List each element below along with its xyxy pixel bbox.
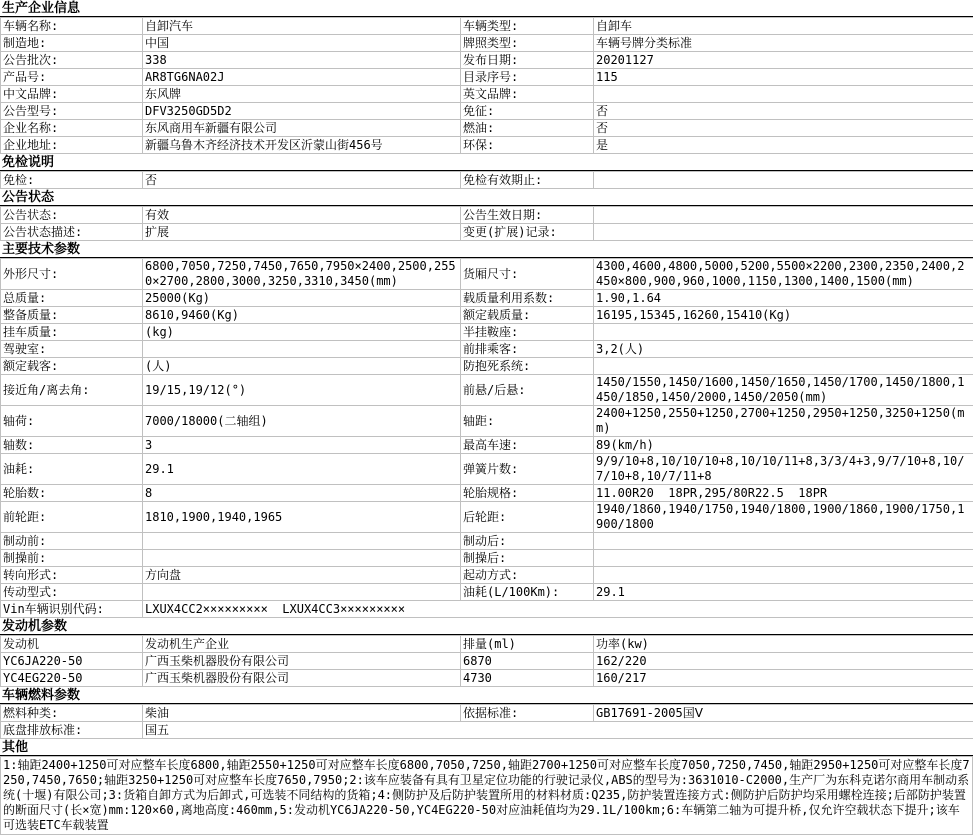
field-value (594, 324, 973, 341)
table-row: 前轮距:1810,1900,1940,1965后轮距:1940/1860,194… (1, 502, 973, 533)
field-label: 免征: (461, 103, 594, 120)
table-row: 公告状态描述:扩展变更(扩展)记录: (1, 224, 973, 241)
field-label: 轴距: (461, 406, 594, 437)
table-row: 公告批次:338发布日期:20201127 (1, 52, 973, 69)
field-label: 总质量: (1, 290, 143, 307)
field-value: 25000(Kg) (143, 290, 461, 307)
field-value: 7000/18000(二轴组) (143, 406, 461, 437)
field-label: 半挂鞍座: (461, 324, 594, 341)
field-value (143, 341, 461, 358)
table-row: 公告型号:DFV3250GD5D2免征:否 (1, 103, 973, 120)
field-label: 轴数: (1, 437, 143, 454)
field-value: 6870 (461, 653, 594, 670)
field-label: 载质量利用系数: (461, 290, 594, 307)
field-value: 新疆乌鲁木齐经济技术开发区沂蒙山街456号 (143, 137, 461, 154)
field-value: 19/15,19/12(°) (143, 375, 461, 406)
section-table: 车辆名称:自卸汽车车辆类型:自卸车制造地:中国牌照类型:车辆号牌分类标准公告批次… (0, 17, 973, 154)
field-value: 1940/1860,1940/1750,1940/1800,1900/1860,… (594, 502, 973, 533)
table-row: 底盘排放标准:国五 (1, 722, 973, 739)
field-value: 中国 (143, 35, 461, 52)
field-value: 扩展 (143, 224, 461, 241)
field-value: 1450/1550,1450/1600,1450/1650,1450/1700,… (594, 375, 973, 406)
field-value: 6800,7050,7250,7450,7650,7950×2400,2500,… (143, 259, 461, 290)
section-header: 车辆燃料参数 (0, 687, 973, 704)
field-label: 防抱死系统: (461, 358, 594, 375)
field-label: 后轮距: (461, 502, 594, 533)
table-row: 整备质量:8610,9460(Kg)额定载质量:16195,15345,1626… (1, 307, 973, 324)
field-label: 制动前: (1, 533, 143, 550)
table-row: 油耗:29.1弹簧片数:9/9/10+8,10/10/10+8,10/10/11… (1, 454, 973, 485)
field-label: 额定载客: (1, 358, 143, 375)
field-label: 车辆名称: (1, 18, 143, 35)
table-row: 转向形式:方向盘起动方式: (1, 567, 973, 584)
field-value: 是 (594, 137, 973, 154)
column-header: 发动机 (1, 636, 143, 653)
field-label: 企业名称: (1, 120, 143, 137)
field-value: 29.1 (143, 454, 461, 485)
table-row: 轴数:3最高车速:89(km/h) (1, 437, 973, 454)
field-value: 338 (143, 52, 461, 69)
field-value: 115 (594, 69, 973, 86)
field-value: GB17691-2005国Ⅴ (594, 705, 973, 722)
table-row: 企业地址:新疆乌鲁木齐经济技术开发区沂蒙山街456号环保:是 (1, 137, 973, 154)
field-label: 牌照类型: (461, 35, 594, 52)
field-label: 制操后: (461, 550, 594, 567)
section-table: 发动机发动机生产企业排量(ml)功率(kw)YC6JA220-50广西玉柴机器股… (0, 635, 973, 687)
field-label: 燃油: (461, 120, 594, 137)
table-row: YC6JA220-50广西玉柴机器股份有限公司6870162/220 (1, 653, 973, 670)
field-label: 轴荷: (1, 406, 143, 437)
field-value: 东风牌 (143, 86, 461, 103)
field-label: 企业地址: (1, 137, 143, 154)
field-value (143, 550, 461, 567)
field-label: 免检有效期止: (461, 172, 594, 189)
field-label: 制造地: (1, 35, 143, 52)
field-label: 公告型号: (1, 103, 143, 120)
table-row: 传动型式:油耗(L/100Km):29.1 (1, 584, 973, 601)
table-row: Vin车辆识别代码:LXUX4CC2××××××××× LXUX4CC3××××… (1, 601, 973, 618)
field-value (594, 172, 973, 189)
field-label: 车辆类型: (461, 18, 594, 35)
field-value: 162/220 (594, 653, 973, 670)
table-row: 产品号:AR8TG6NA02J目录序号:115 (1, 69, 973, 86)
section-header: 主要技术参数 (0, 241, 973, 258)
field-value (143, 533, 461, 550)
field-value (594, 207, 973, 224)
field-value: DFV3250GD5D2 (143, 103, 461, 120)
field-label: 传动型式: (1, 584, 143, 601)
field-label: 起动方式: (461, 567, 594, 584)
table-row: 免检:否免检有效期止: (1, 172, 973, 189)
table-row: 企业名称:东风商用车新疆有限公司燃油:否 (1, 120, 973, 137)
field-label: 转向形式: (1, 567, 143, 584)
field-label: 前排乘客: (461, 341, 594, 358)
field-label: 货厢尺寸: (461, 259, 594, 290)
field-label: 制操前: (1, 550, 143, 567)
table-row: 制操前:制操后: (1, 550, 973, 567)
field-value: 有效 (143, 207, 461, 224)
field-label: 燃料种类: (1, 705, 143, 722)
field-label: 公告状态描述: (1, 224, 143, 241)
field-value: 8 (143, 485, 461, 502)
field-value: YC6JA220-50 (1, 653, 143, 670)
field-value: 否 (594, 103, 973, 120)
field-label: 目录序号: (461, 69, 594, 86)
field-label: 最高车速: (461, 437, 594, 454)
field-label: 免检: (1, 172, 143, 189)
field-value: 国五 (143, 722, 973, 739)
section-table: 外形尺寸:6800,7050,7250,7450,7650,7950×2400,… (0, 258, 973, 618)
field-label: 油耗(L/100Km): (461, 584, 594, 601)
field-label: 公告状态: (1, 207, 143, 224)
field-value: 广西玉柴机器股份有限公司 (143, 653, 461, 670)
field-label: 挂车质量: (1, 324, 143, 341)
field-label: 公告批次: (1, 52, 143, 69)
table-row: 外形尺寸:6800,7050,7250,7450,7650,7950×2400,… (1, 259, 973, 290)
field-value: (kg) (143, 324, 461, 341)
column-header: 排量(ml) (461, 636, 594, 653)
table-row: 制造地:中国牌照类型:车辆号牌分类标准 (1, 35, 973, 52)
table-row: 中文品牌:东风牌英文品牌: (1, 86, 973, 103)
field-label: 轮胎数: (1, 485, 143, 502)
field-label: 前悬/后悬: (461, 375, 594, 406)
field-label: 发布日期: (461, 52, 594, 69)
field-value (594, 358, 973, 375)
table-row: 燃料种类:柴油依据标准:GB17691-2005国Ⅴ (1, 705, 973, 722)
field-label: Vin车辆识别代码: (1, 601, 143, 618)
field-label: 底盘排放标准: (1, 722, 143, 739)
field-value (594, 550, 973, 567)
table-row: 发动机发动机生产企业排量(ml)功率(kw) (1, 636, 973, 653)
table-row: 总质量:25000(Kg)载质量利用系数:1.90,1.64 (1, 290, 973, 307)
table-row: 额定载客:(人)防抱死系统: (1, 358, 973, 375)
field-value: 否 (143, 172, 461, 189)
column-header: 发动机生产企业 (143, 636, 461, 653)
table-row: 轮胎数:8轮胎规格:11.00R20 18PR,295/80R22.5 18PR (1, 485, 973, 502)
field-label: 制动后: (461, 533, 594, 550)
field-value: AR8TG6NA02J (143, 69, 461, 86)
field-value (143, 584, 461, 601)
section-table: 免检:否免检有效期止: (0, 171, 973, 189)
field-label: 油耗: (1, 454, 143, 485)
field-value: 3,2(人) (594, 341, 973, 358)
section-header: 公告状态 (0, 189, 973, 206)
table-row: 挂车质量:(kg)半挂鞍座: (1, 324, 973, 341)
field-value (594, 86, 973, 103)
table-row: 轴荷:7000/18000(二轴组)轴距:2400+1250,2550+1250… (1, 406, 973, 437)
field-value: 3 (143, 437, 461, 454)
field-label: 接近角/离去角: (1, 375, 143, 406)
field-value: YC4EG220-50 (1, 670, 143, 687)
field-value: 9/9/10+8,10/10/10+8,10/10/11+8,3/3/4+3,9… (594, 454, 973, 485)
section-table: 燃料种类:柴油依据标准:GB17691-2005国Ⅴ底盘排放标准:国五 (0, 704, 973, 739)
field-label: 前轮距: (1, 502, 143, 533)
table-row: 公告状态:有效公告生效日期: (1, 207, 973, 224)
section-header: 发动机参数 (0, 618, 973, 635)
field-label: 轮胎规格: (461, 485, 594, 502)
field-value: 160/217 (594, 670, 973, 687)
field-value: LXUX4CC2××××××××× LXUX4CC3××××××××× (143, 601, 973, 618)
field-value: 柴油 (143, 705, 461, 722)
field-label: 英文品牌: (461, 86, 594, 103)
field-value: 广西玉柴机器股份有限公司 (143, 670, 461, 687)
table-row: YC4EG220-50广西玉柴机器股份有限公司4730160/217 (1, 670, 973, 687)
field-label: 中文品牌: (1, 86, 143, 103)
column-header: 功率(kw) (594, 636, 973, 653)
field-value: 方向盘 (143, 567, 461, 584)
section-header: 其他 (0, 739, 973, 756)
field-label: 公告生效日期: (461, 207, 594, 224)
table-row: 制动前:制动后: (1, 533, 973, 550)
field-value: 2400+1250,2550+1250,2700+1250,2950+1250,… (594, 406, 973, 437)
field-label: 依据标准: (461, 705, 594, 722)
field-label: 弹簧片数: (461, 454, 594, 485)
field-value: 20201127 (594, 52, 973, 69)
field-value: 8610,9460(Kg) (143, 307, 461, 324)
field-value: 16195,15345,16260,15410(Kg) (594, 307, 973, 324)
field-value: 1.90,1.64 (594, 290, 973, 307)
table-row: 驾驶室:前排乘客:3,2(人) (1, 341, 973, 358)
field-value (594, 533, 973, 550)
field-value: 4730 (461, 670, 594, 687)
field-value: 4300,4600,4800,5000,5200,5500×2200,2300,… (594, 259, 973, 290)
section-table: 公告状态:有效公告生效日期:公告状态描述:扩展变更(扩展)记录: (0, 206, 973, 241)
field-value (594, 567, 973, 584)
field-value: 否 (594, 120, 973, 137)
field-label: 外形尺寸: (1, 259, 143, 290)
table-row: 接近角/离去角:19/15,19/12(°)前悬/后悬:1450/1550,14… (1, 375, 973, 406)
field-value: 自卸车 (594, 18, 973, 35)
field-value: 11.00R20 18PR,295/80R22.5 18PR (594, 485, 973, 502)
field-value: 车辆号牌分类标准 (594, 35, 973, 52)
field-value: 1810,1900,1940,1965 (143, 502, 461, 533)
table-row: 车辆名称:自卸汽车车辆类型:自卸车 (1, 18, 973, 35)
field-value: 东风商用车新疆有限公司 (143, 120, 461, 137)
field-label: 整备质量: (1, 307, 143, 324)
field-value: 自卸汽车 (143, 18, 461, 35)
field-value (594, 224, 973, 241)
vehicle-spec-document: 生产企业信息车辆名称:自卸汽车车辆类型:自卸车制造地:中国牌照类型:车辆号牌分类… (0, 0, 973, 835)
field-label: 产品号: (1, 69, 143, 86)
field-label: 环保: (461, 137, 594, 154)
field-value: 29.1 (594, 584, 973, 601)
field-label: 变更(扩展)记录: (461, 224, 594, 241)
field-label: 驾驶室: (1, 341, 143, 358)
field-value: (人) (143, 358, 461, 375)
field-value: 89(km/h) (594, 437, 973, 454)
field-label: 额定载质量: (461, 307, 594, 324)
section-header: 生产企业信息 (0, 0, 973, 17)
other-notes-text: 1:轴距2400+1250可对应整车长度6800,轴距2550+1250可对应整… (0, 756, 973, 835)
section-header: 免检说明 (0, 154, 973, 171)
